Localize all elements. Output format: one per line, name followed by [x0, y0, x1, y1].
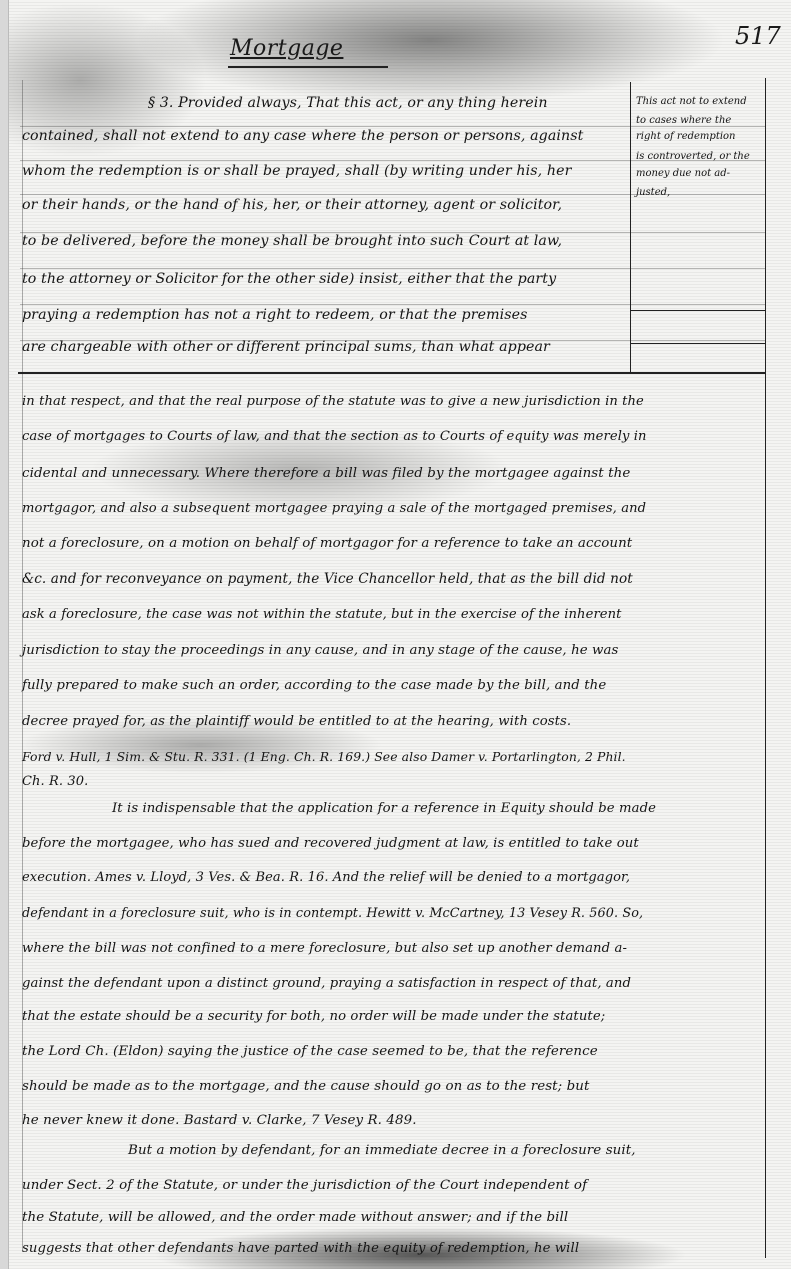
manuscript-page: Mortgage 517 This act not to extend to c…: [0, 0, 791, 1269]
text-line: decree prayed for, as the plaintiff woul…: [22, 713, 571, 731]
text-line: the Statute, will be allowed, and the or…: [22, 1209, 568, 1227]
ruled-line: [20, 304, 765, 305]
text-line: in that respect, and that the real purpo…: [22, 393, 644, 411]
text-line: defendant in a foreclosure suit, who is …: [22, 905, 643, 923]
margin-note-rule: [630, 310, 765, 311]
left-margin-rule: [22, 80, 23, 1250]
text-line: where the bill was not confined to a mer…: [22, 940, 627, 958]
text-line: suggests that other defendants have part…: [22, 1240, 579, 1258]
text-line: fully prepared to make such an order, ac…: [22, 677, 606, 695]
text-line: or their hands, or the hand of his, her,…: [22, 196, 562, 214]
text-line: under Sect. 2 of the Statute, or under t…: [22, 1177, 587, 1195]
text-line: whom the redemption is or shall be praye…: [22, 162, 571, 180]
text-line: jurisdiction to stay the proceedings in …: [22, 642, 618, 660]
section-divider: [18, 372, 765, 374]
text-line: gainst the defendant upon a distinct gro…: [22, 975, 631, 993]
text-line: that the estate should be a security for…: [22, 1008, 605, 1026]
text-line: should be made as to the mortgage, and t…: [22, 1078, 590, 1096]
text-line: before the mortgagee, who has sued and r…: [22, 835, 639, 853]
page-title: Mortgage: [230, 36, 343, 61]
margin-note-rule: [630, 343, 765, 344]
text-line: cidental and unnecessary. Where therefor…: [22, 465, 630, 483]
text-line: to be delivered, before the money shall …: [22, 232, 562, 250]
title-underline: [228, 66, 388, 68]
text-line: execution. Ames v. Lloyd, 3 Ves. & Bea. …: [22, 869, 630, 887]
text-line: not a foreclosure, on a motion on behalf…: [22, 535, 632, 553]
text-line: mortgagor, and also a subsequent mortgag…: [22, 500, 646, 518]
right-margin-rule: [765, 78, 766, 1258]
margin-note-line: justed,: [636, 187, 670, 199]
text-line: the Lord Ch. (Eldon) saying the justice …: [22, 1043, 598, 1061]
text-line: § 3. Provided always, That this act, or …: [148, 94, 548, 112]
text-line: to the attorney or Solicitor for the oth…: [22, 270, 556, 288]
margin-note-line: This act not to extend: [636, 96, 747, 108]
text-line: praying a redemption has not a right to …: [22, 306, 528, 324]
text-line: contained, shall not extend to any case …: [22, 127, 583, 145]
citation-line: Ch. R. 30.: [22, 773, 88, 791]
page-number: 517: [735, 22, 781, 50]
margin-column-rule: [630, 82, 631, 374]
margin-note-line: to cases where the: [636, 115, 731, 127]
margin-note-line: money due not ad-: [636, 168, 730, 180]
text-line: It is indispensable that the application…: [112, 800, 656, 818]
citation-line: Ford v. Hull, 1 Sim. & Stu. R. 331. (1 E…: [22, 748, 626, 766]
text-line: case of mortgages to Courts of law, and …: [22, 428, 647, 446]
text-line: &c. and for reconveyance on payment, the…: [22, 570, 633, 588]
margin-note-line: right of redemption: [636, 131, 736, 143]
page-binding-edge: [0, 0, 9, 1269]
text-line: But a motion by defendant, for an immedi…: [128, 1142, 636, 1160]
margin-note-line: is controverted, or the: [636, 151, 750, 163]
text-line: are chargeable with other or different p…: [22, 338, 550, 356]
ruled-line: [20, 268, 765, 269]
text-line: ask a foreclosure, the case was not with…: [22, 606, 622, 624]
citation-line: he never knew it done. Bastard v. Clarke…: [22, 1112, 417, 1130]
